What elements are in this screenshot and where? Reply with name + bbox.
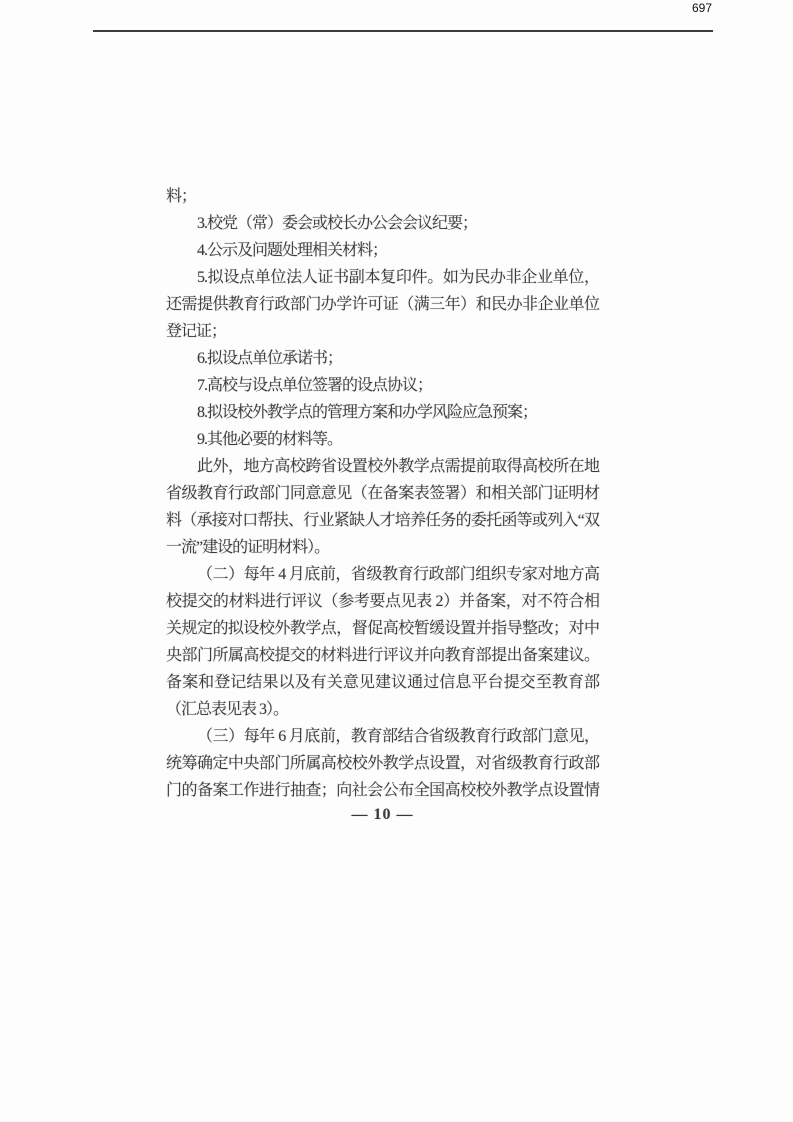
text-line: 门的备案工作进行抽查；向社会公布全国高校校外教学点设置情 (166, 777, 599, 804)
text-line: 7.高校与设点单位签署的设点协议； (166, 372, 599, 399)
text-line: 6.拟设点单位承诺书； (166, 345, 599, 372)
text-line: 一流”建设的证明材料）。 (166, 534, 599, 561)
text-line: 央部门所属高校提交的材料进行评议并向教育部提出备案建议。 (166, 642, 599, 669)
text-line: 登记证； (166, 318, 599, 345)
page-footer: — 10 — (166, 804, 599, 826)
text-line: 省级教育行政部门同意意见（在备案表签署）和相关部门证明材 (166, 480, 599, 507)
text-line: （汇总表见表 3）。 (166, 696, 599, 723)
text-line: 统筹确定中央部门所属高校校外教学点设置，对省级教育行政部 (166, 750, 599, 777)
text-line: （三）每年 6 月底前，教育部结合省级教育行政部门意见， (166, 723, 599, 750)
text-line: 料； (166, 183, 599, 210)
text-line: （二）每年 4 月底前，省级教育行政部门组织专家对地方高 (166, 561, 599, 588)
text-line: 此外，地方高校跨省设置校外教学点需提前取得高校所在地 (166, 453, 599, 480)
document-page: 697 料；3.校党（常）委会或校长办公会会议纪要；4.公示及问题处理相关材料；… (0, 0, 793, 1122)
text-line: 5.拟设点单位法人证书副本复印件。如为民办非企业单位， (166, 264, 599, 291)
text-line: 备案和登记结果以及有关意见建议通过信息平台提交至教育部 (166, 669, 599, 696)
text-line: 8.拟设校外教学点的管理方案和办学风险应急预案； (166, 399, 599, 426)
text-line: 9.其他必要的材料等。 (166, 426, 599, 453)
text-line: 还需提供教育行政部门办学许可证（满三年）和民办非企业单位 (166, 291, 599, 318)
text-line: 关规定的拟设校外教学点，督促高校暂缓设置并指导整改；对中 (166, 615, 599, 642)
text-line: 4.公示及问题处理相关材料； (166, 237, 599, 264)
pdf-page-number: 697 (692, 0, 712, 16)
text-line: 3.校党（常）委会或校长办公会会议纪要； (166, 210, 599, 237)
text-line: 校提交的材料进行评议（参考要点见表 2）并备案，对不符合相 (166, 588, 599, 615)
header-rule (93, 30, 713, 32)
footer-page-number: — 10 — (352, 806, 414, 823)
document-body: 料；3.校党（常）委会或校长办公会会议纪要；4.公示及问题处理相关材料；5.拟设… (166, 183, 599, 804)
text-line: 料（承接对口帮扶、行业紧缺人才培养任务的委托函等或列入“双 (166, 507, 599, 534)
